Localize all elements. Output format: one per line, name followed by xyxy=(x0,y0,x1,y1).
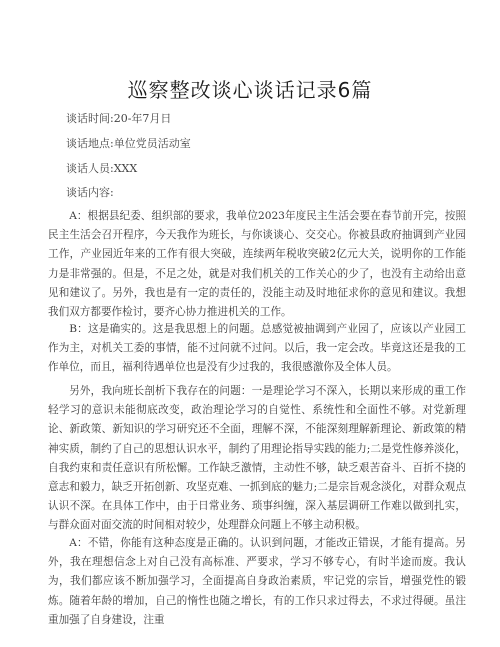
paragraph-a2: A：不错，你能有这种态度是正确的。认识到问题，才能改正错误，才能有提高。另外，我… xyxy=(48,534,466,630)
document-page: 巡察整改谈心谈话记录6篇 谈话时间:20-年7月日 谈话地点:单位党员活动室 谈… xyxy=(0,0,500,647)
meta-place: 谈话地点:单位党员活动室 xyxy=(66,135,191,151)
meta-content-label: 谈话内容: xyxy=(66,184,114,200)
meta-people: 谈话人员:XXX xyxy=(66,160,137,176)
paragraph-a1: A：根据县纪委、组织部的要求，我单位2023年度民主生活会要在春节前开完，按照民… xyxy=(48,207,466,322)
meta-time: 谈话时间:20-年7月日 xyxy=(66,110,171,126)
paragraph-b2: 另外，我向班长剖析下我存在的问题：一是理论学习不深入，长期以来形成的重工作轻学习… xyxy=(48,382,466,536)
paragraph-b1: B：这是确实的。这是我思想上的问题。总感觉被抽调到产业园了，应该以产业园工作为主… xyxy=(48,320,466,378)
document-title: 巡察整改谈心谈话记录6篇 xyxy=(0,74,500,103)
